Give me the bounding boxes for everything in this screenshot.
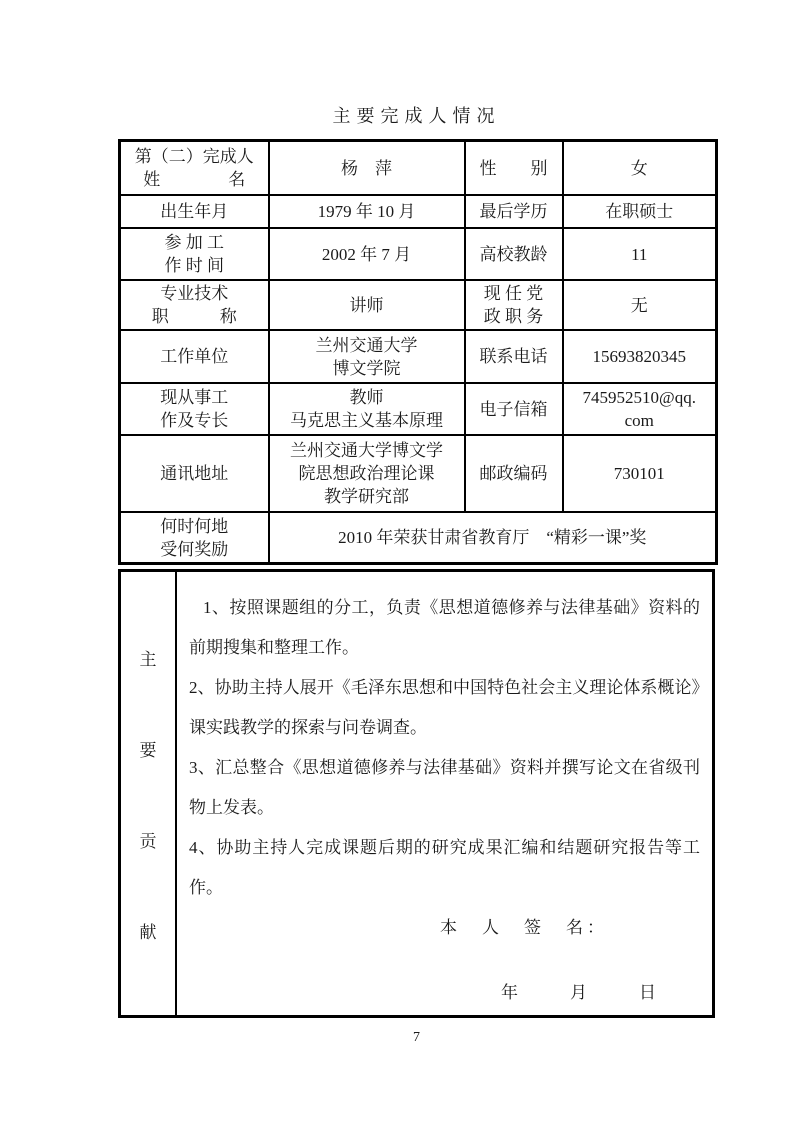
row-value-awards: 2010 年荣获甘肃省教育厅 “精彩一课”奖 xyxy=(269,512,717,564)
table-row-title: 专业技术 职 称 讲师 现 任 党 政 职 务 无 xyxy=(120,280,717,330)
contribution-item-2: 2、协助主持人展开《毛泽东思想和中国特色社会主义理论体系概论》课实践教学的探索与… xyxy=(189,668,700,748)
row-value-title: 讲师 xyxy=(269,280,465,330)
contribution-header-cell: 主 要 贡 献 xyxy=(120,571,177,1017)
row-label-degree: 最后学历 xyxy=(465,195,563,228)
row-label-gender: 性 别 xyxy=(465,141,563,196)
row-label-address: 通讯地址 xyxy=(120,435,269,512)
row-label-phone: 联系电话 xyxy=(465,330,563,383)
row-value-birth: 1979 年 10 月 xyxy=(269,195,465,228)
row-label-name: 第（二）完成人 姓 名 xyxy=(120,141,269,196)
row-value-work-start: 2002 年 7 月 xyxy=(269,228,465,280)
table-row-address: 通讯地址 兰州交通大学博文学 院思想政治理论课 教学研究部 邮政编码 73010… xyxy=(120,435,717,512)
row-label-zipcode: 邮政编码 xyxy=(465,435,563,512)
row-value-specialty: 教师 马克思主义基本原理 xyxy=(269,383,465,435)
row-label-teaching-years: 高校教龄 xyxy=(465,228,563,280)
row-value-employer: 兰州交通大学 博文学院 xyxy=(269,330,465,383)
page-number: 7 xyxy=(118,1030,715,1046)
contribution-label-char: 主 xyxy=(140,645,157,670)
row-label-birth: 出生年月 xyxy=(120,195,269,228)
row-value-phone: 15693820345 xyxy=(563,330,717,383)
contribution-item-1: 1、按照课题组的分工，负责《思想道德修养与法律基础》资料的前期搜集和整理工作。 xyxy=(189,588,700,668)
table-row-birth: 出生年月 1979 年 10 月 最后学历 在职硕士 xyxy=(120,195,717,228)
document-content: 主要完成人情况 第（二）完成人 姓 名 杨 萍 性 别 女 出生年月 1979 … xyxy=(118,106,715,1046)
contribution-label-char: 贡 xyxy=(140,827,157,852)
date-label: 年 月 日 xyxy=(189,981,700,1005)
contribution-body: 1、按照课题组的分工，负责《思想道德修养与法律基础》资料的前期搜集和整理工作。 … xyxy=(177,572,712,1015)
table-row-name: 第（二）完成人 姓 名 杨 萍 性 别 女 xyxy=(120,141,717,196)
contribution-item-3: 3、汇总整合《思想道德修养与法律基础》资料并撰写论文在省级刊物上发表。 xyxy=(189,748,700,828)
row-value-email: 745952510@qq. com xyxy=(563,383,717,435)
row-value-degree: 在职硕士 xyxy=(563,195,717,228)
table-row-employer: 工作单位 兰州交通大学 博文学院 联系电话 15693820345 xyxy=(120,330,717,383)
row-value-address: 兰州交通大学博文学 院思想政治理论课 教学研究部 xyxy=(269,435,465,512)
row-value-gender: 女 xyxy=(563,141,717,196)
document-page: 主要完成人情况 第（二）完成人 姓 名 杨 萍 性 别 女 出生年月 1979 … xyxy=(0,0,794,1123)
table-row-awards: 何时何地 受何奖励 2010 年荣获甘肃省教育厅 “精彩一课”奖 xyxy=(120,512,717,564)
table-row-work-start: 参 加 工 作 时 间 2002 年 7 月 高校教龄 11 xyxy=(120,228,717,280)
row-value-position: 无 xyxy=(563,280,717,330)
row-label-awards: 何时何地 受何奖励 xyxy=(120,512,269,564)
row-label-work-start: 参 加 工 作 时 间 xyxy=(120,228,269,280)
row-label-email: 电子信箱 xyxy=(465,383,563,435)
contribution-row: 主 要 贡 献 1、按照课题组的分工，负责《思想道德修养与法律基础》资料的前期搜… xyxy=(120,571,714,1017)
contribution-item-4: 4、协助主持人完成课题后期的研究成果汇编和结题研究报告等工作。 xyxy=(189,828,700,908)
row-value-teaching-years: 11 xyxy=(563,228,717,280)
signature-label: 本 人 签 名： xyxy=(189,908,700,948)
table-row-specialty: 现从事工 作及专长 教师 马克思主义基本原理 电子信箱 745952510@qq… xyxy=(120,383,717,435)
row-label-title: 专业技术 职 称 xyxy=(120,280,269,330)
page-title: 主要完成人情况 xyxy=(118,106,715,126)
row-value-zipcode: 730101 xyxy=(563,435,717,512)
contribution-items: 1、按照课题组的分工，负责《思想道德修养与法律基础》资料的前期搜集和整理工作。 … xyxy=(189,588,700,908)
contribution-body-cell: 1、按照课题组的分工，负责《思想道德修养与法律基础》资料的前期搜集和整理工作。 … xyxy=(176,571,714,1017)
row-label-specialty: 现从事工 作及专长 xyxy=(120,383,269,435)
contribution-label-char: 要 xyxy=(140,736,157,761)
contribution-vertical-label: 主 要 贡 献 xyxy=(122,573,174,1014)
row-label-employer: 工作单位 xyxy=(120,330,269,383)
spacer xyxy=(189,948,700,981)
row-value-name: 杨 萍 xyxy=(269,141,465,196)
contribution-label-char: 献 xyxy=(140,918,157,943)
main-contribution-table: 主 要 贡 献 1、按照课题组的分工，负责《思想道德修养与法律基础》资料的前期搜… xyxy=(118,569,715,1018)
contributor-info-table: 第（二）完成人 姓 名 杨 萍 性 别 女 出生年月 1979 年 10 月 最… xyxy=(118,139,718,565)
row-label-position: 现 任 党 政 职 务 xyxy=(465,280,563,330)
